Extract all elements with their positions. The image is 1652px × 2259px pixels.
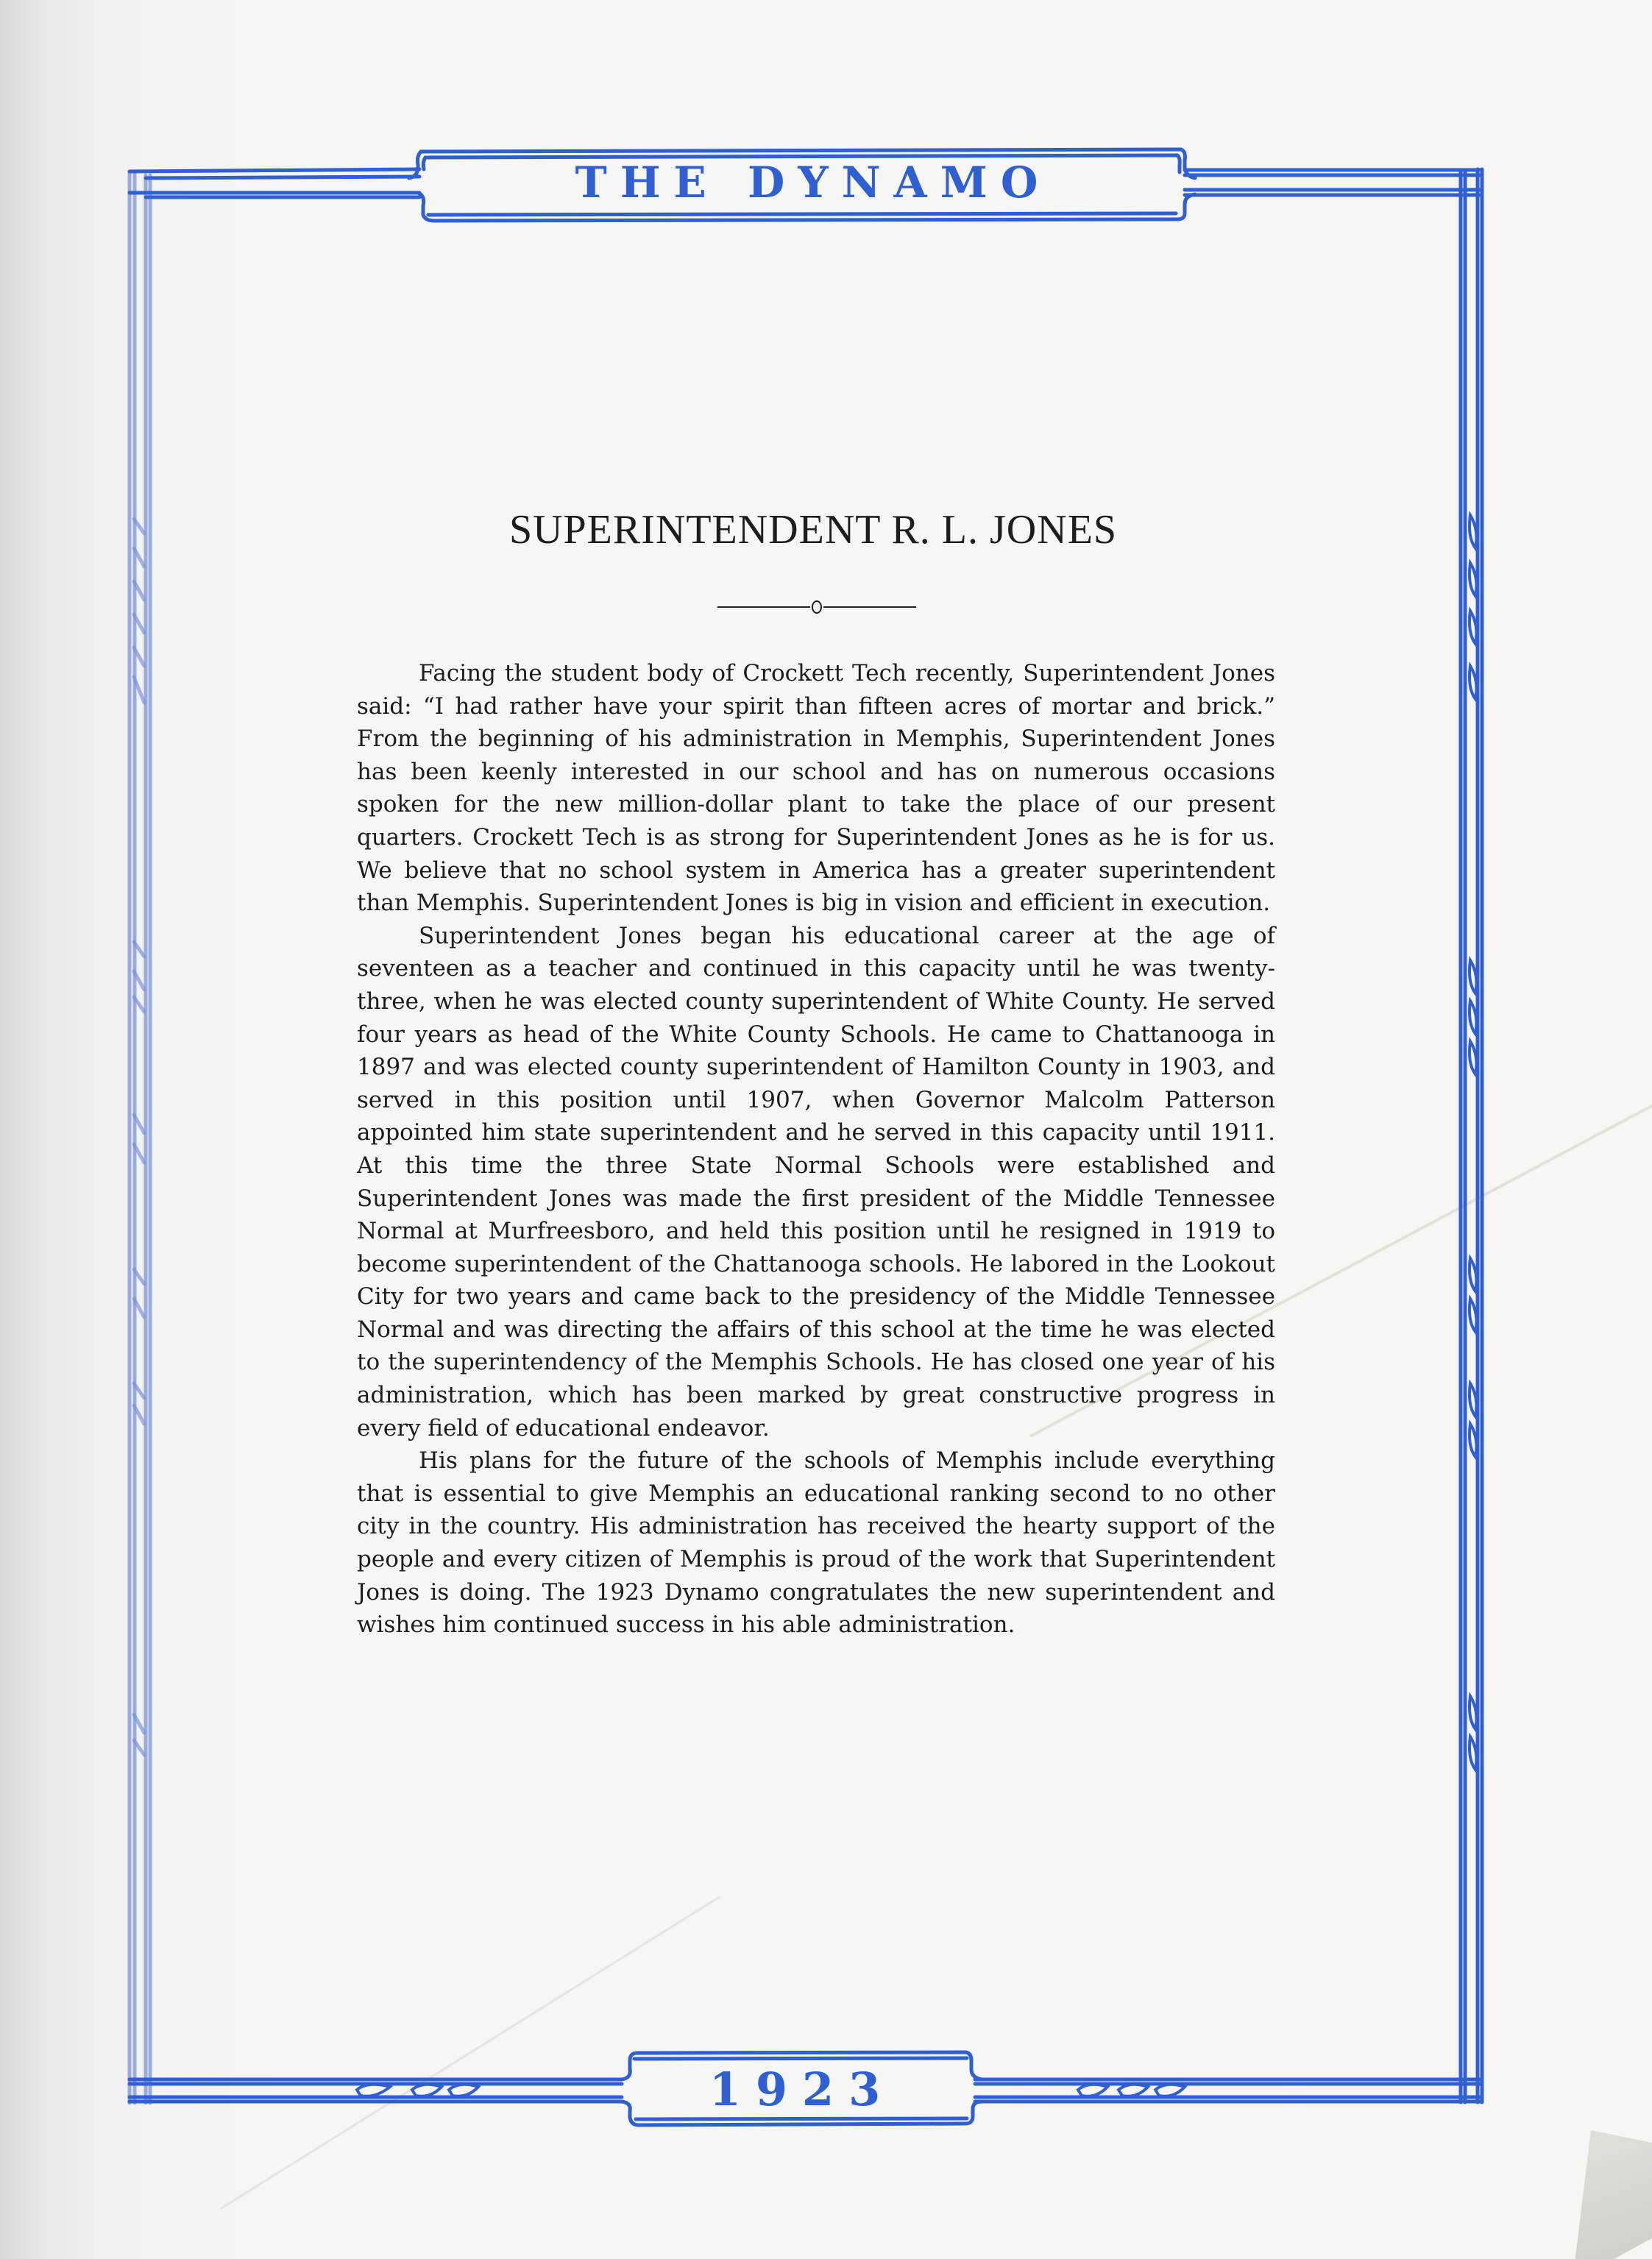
title-divider-ornament	[717, 597, 916, 617]
footer-year: 1923	[633, 2060, 971, 2119]
divider-ring-icon	[812, 600, 822, 614]
article-title: SUPERINTENDENT R. L. JONES	[309, 506, 1317, 553]
right-border-lines	[1461, 169, 1482, 2102]
divider-line	[823, 606, 916, 608]
yearbook-page: THE DYNAMO 1923 SUPERINTENDENT R. L. JON…	[0, 0, 1652, 2259]
paragraph-2: Superintendent Jones began his education…	[357, 920, 1275, 1445]
header-banner-title: THE DYNAMO	[442, 153, 1185, 212]
paragraph-3: His plans for the future of the schools …	[357, 1444, 1275, 1642]
article-body: Facing the student body of Crockett Tech…	[357, 657, 1275, 1642]
right-leaf-ornaments	[1470, 515, 1477, 1770]
paragraph-1: Facing the student body of Crockett Tech…	[357, 657, 1275, 920]
left-border-lines	[130, 171, 150, 2103]
divider-line	[717, 606, 810, 608]
